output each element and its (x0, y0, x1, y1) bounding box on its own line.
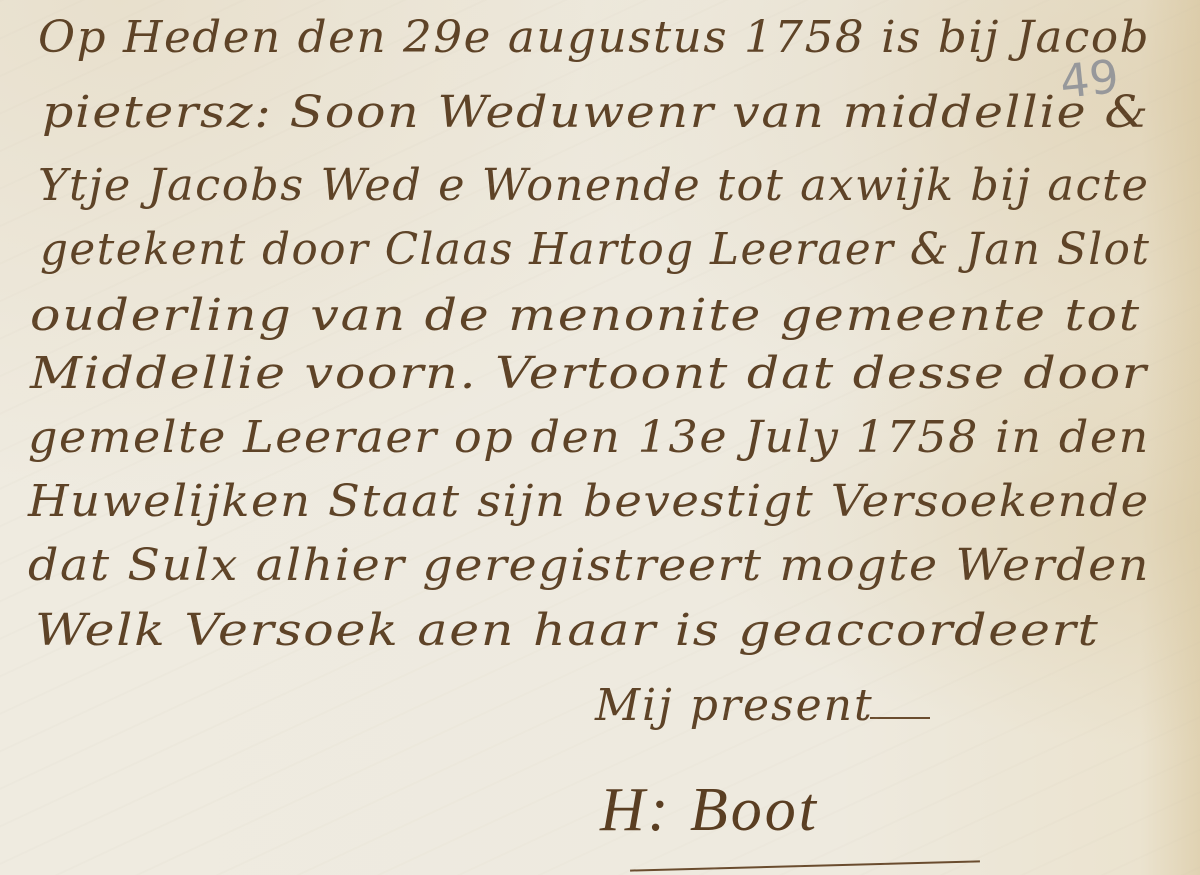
text-line-3: Ytje Jacobs Wed e Wonende tot axwijk bij… (38, 160, 1149, 211)
text-line-7: gemelte Leeraer op den 13e July 1758 in … (28, 412, 1150, 463)
text-line-10: Welk Versoek aen haar is geaccordeert (35, 605, 1100, 656)
text-line-4: getekent door Claas Hartog Leeraer & Jan… (40, 224, 1150, 275)
text-line-5: ouderling van de menonite gemeente tot (30, 290, 1141, 341)
signature-underline (630, 860, 980, 871)
text-line-6: Middellie voorn. Vertoont dat desse door (30, 348, 1148, 399)
manuscript-page: 49 Op Heden den 29e augustus 1758 is bij… (0, 0, 1200, 875)
text-line-9: dat Sulx alhier geregistreert mogte Werd… (28, 540, 1150, 591)
text-line-8: Huwelijken Staat sijn bevestigt Versoeke… (28, 476, 1150, 527)
closing-text: Mij present (595, 680, 874, 731)
text-line-1: Op Heden den 29e augustus 1758 is bij Ja… (38, 12, 1150, 63)
closing-flourish (870, 717, 930, 719)
signature: H: Boot (600, 775, 819, 846)
text-line-2: pietersz: Soon Weduwenr van middellie & (42, 87, 1150, 138)
